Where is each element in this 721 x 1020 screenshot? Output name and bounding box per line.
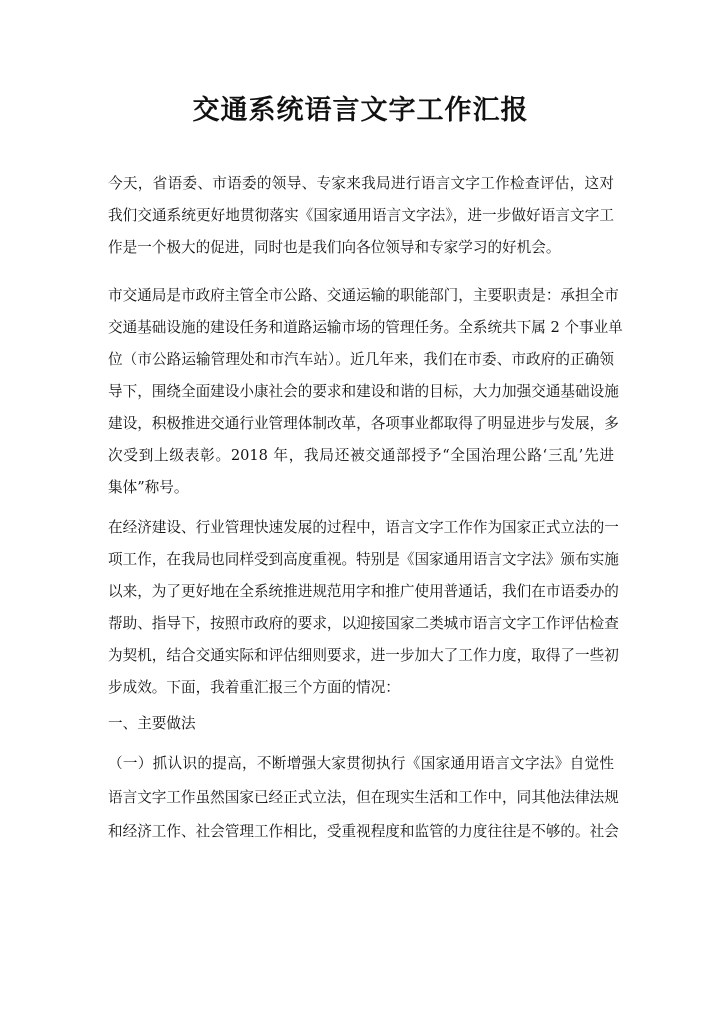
paragraph-line: 项工作，在我局也同样受到高度重视。特别是《国家通用语言文字法》颁布实施	[108, 550, 614, 570]
paragraph-line: 以来，为了更好地在全系统推进规范用字和推广使用普通话，我们在市语委办的	[108, 582, 614, 602]
paragraph-line: 和经济工作、社会管理工作相比，受重视程度和监管的力度往往是不够的。社会	[108, 822, 614, 842]
paragraph-line: 导下，围绕全面建设小康社会的要求和建设和谐的目标，大力加强交通基础设施	[108, 382, 614, 402]
paragraph-line: 帮助、指导下，按照市政府的要求，以迎接国家二类城市语言文字工作评估检查	[108, 614, 614, 634]
paragraph-line: 语言文字工作虽然国家已经正式立法，但在现实生活和工作中，同其他法律法规	[108, 788, 614, 808]
paragraph-line: 位（市公路运输管理处和市汽车站）。近几年来，我们在市委、市政府的正确领	[108, 350, 614, 370]
paragraph-line: 建设，积极推进交通行业管理体制改革，各项事业都取得了明显进步与发展，多	[108, 414, 614, 434]
paragraph-line: 次受到上级表彰。2018 年，我局还被交通部授予“全国治理公路‘三乱’先进	[108, 446, 614, 466]
paragraph-line: 步成效。下面，我着重汇报三个方面的情况：	[108, 678, 614, 698]
paragraph-line: 一、主要做法	[108, 714, 614, 734]
paragraph-line: （一）抓认识的提高，不断增强大家贯彻执行《国家通用语言文字法》自觉性	[108, 754, 614, 774]
paragraph-line: 我们交通系统更好地贯彻落实《国家通用语言文字法》，进一步做好语言文字工	[108, 206, 614, 226]
paragraph-line: 为契机，结合交通实际和评估细则要求，进一步加大了工作力度，取得了一些初	[108, 646, 614, 666]
paragraph-line: 作是一个极大的促进，同时也是我们向各位领导和专家学习的好机会。	[108, 238, 614, 258]
paragraph-line: 集体”称号。	[108, 478, 614, 498]
paragraph-line: 在经济建设、行业管理快速发展的过程中，语言文字工作作为国家正式立法的一	[108, 518, 614, 538]
paragraph-line: 今天，省语委、市语委的领导、专家来我局进行语言文字工作检查评估，这对	[108, 174, 614, 194]
document-title: 交通系统语言文字工作汇报	[0, 88, 721, 127]
paragraph-line: 交通基础设施的建设任务和道路运输市场的管理任务。全系统共下属 2 个事业单	[108, 318, 614, 338]
paragraph-line: 市交通局是市政府主管全市公路、交通运输的职能部门，主要职责是：承担全市	[108, 286, 614, 306]
